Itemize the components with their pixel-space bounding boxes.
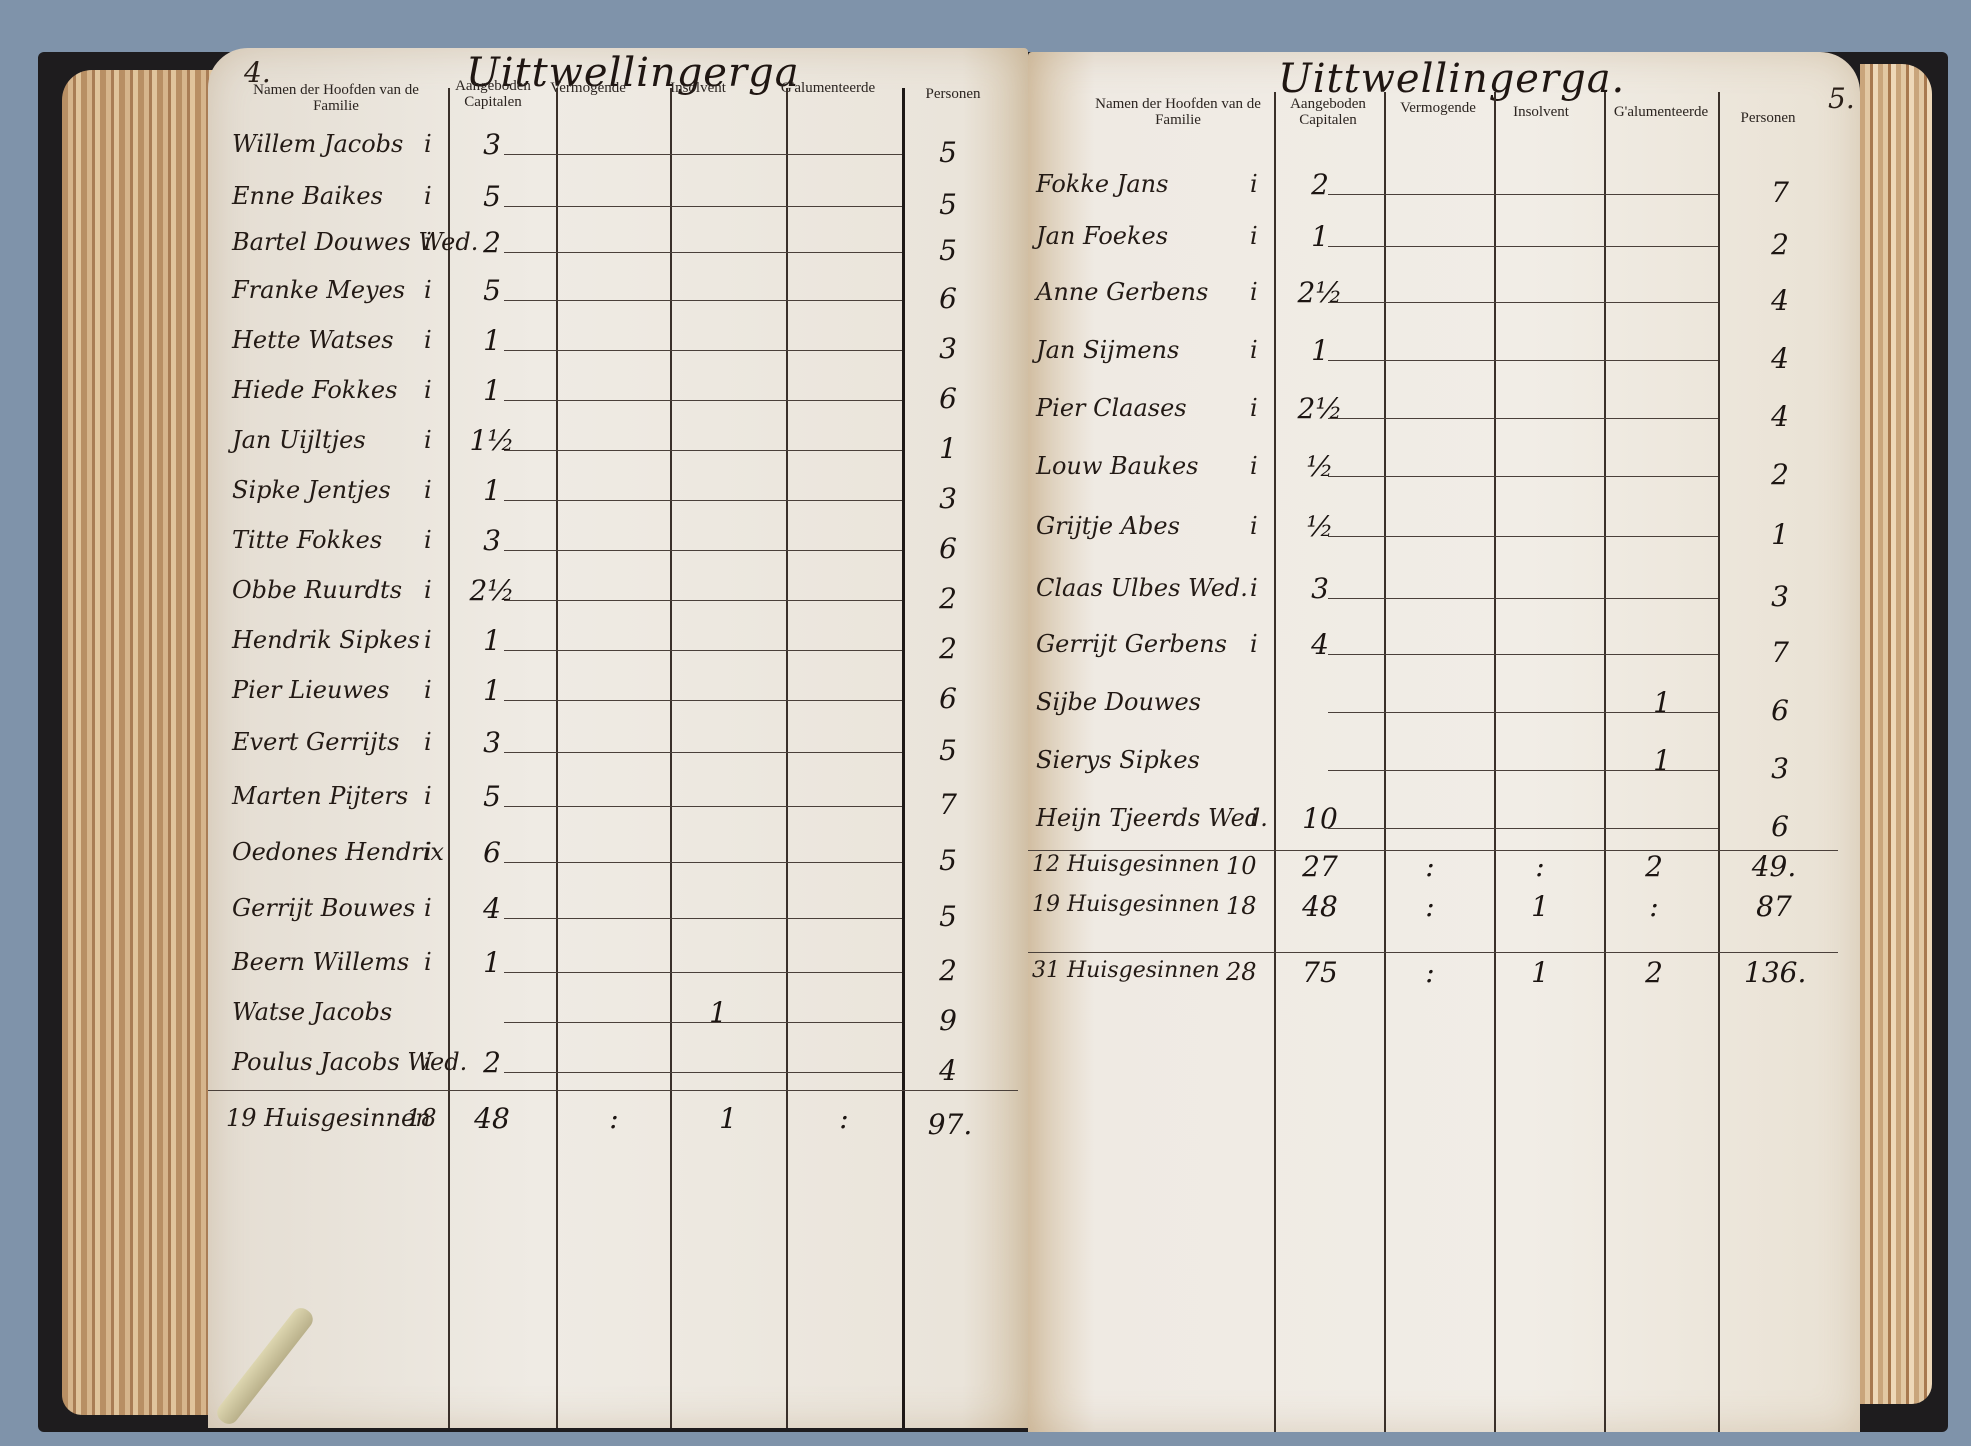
total-personen: 136.: [1744, 956, 1804, 989]
row-personen: 2: [1750, 228, 1810, 261]
row-name: Poulus Jacobs Wed.: [232, 1048, 467, 1076]
row-rule: [1328, 770, 1718, 771]
row-mark: i: [424, 728, 432, 756]
row-mark: i: [1250, 170, 1258, 198]
row-rule: [1328, 194, 1718, 195]
row-personen: 5: [918, 900, 978, 933]
row-rule: [504, 206, 902, 207]
row-rule: [504, 350, 902, 351]
row-rule: [504, 450, 902, 451]
row-mark: i: [424, 326, 432, 354]
row-personen: 2: [918, 582, 978, 615]
row-mark: i: [424, 894, 432, 922]
row-capital: 4: [1290, 628, 1350, 661]
page-number: 5.: [1828, 82, 1855, 115]
row-capital: 1: [462, 324, 522, 357]
header-capital: Aangeboden Capitalen: [448, 78, 538, 110]
total-gealimenteerde: 2: [1624, 850, 1684, 883]
row-personen: 5: [918, 234, 978, 267]
row-name: Franke Meyes: [232, 276, 405, 304]
row-personen: 6: [918, 282, 978, 315]
total-capital: 75: [1290, 956, 1350, 989]
total-insolvent: 1: [1510, 890, 1570, 923]
column-divider: [448, 88, 450, 1428]
row-personen: 1: [918, 432, 978, 465]
row-mark: i: [424, 948, 432, 976]
header-capital: Aangeboden Capitalen: [1280, 96, 1376, 128]
row-personen: 3: [918, 332, 978, 365]
row-personen: 6: [918, 682, 978, 715]
row-mark: i: [424, 476, 432, 504]
row-mark: i: [424, 426, 432, 454]
row-rule: [504, 252, 902, 253]
total-mark: 18: [1226, 892, 1257, 920]
row-gealimenteerde: 1: [1632, 686, 1692, 719]
row-name: Gerrijt Gerbens: [1036, 630, 1227, 658]
row-personen: 7: [1750, 636, 1810, 669]
row-name: Hendrik Sipkes: [232, 626, 420, 654]
header-gealimenteerde: G'alumenteerde: [1604, 104, 1718, 120]
row-rule: [1328, 476, 1718, 477]
row-rule: [504, 1072, 902, 1073]
right-page: 5. Uittwellingerga. Namen der Hoofden va…: [1028, 52, 1860, 1432]
row-rule: [504, 154, 902, 155]
row-name: Pier Claases: [1036, 394, 1187, 422]
row-rule: [504, 972, 902, 973]
total-name: 19 Huisgesinnen: [226, 1104, 431, 1132]
row-capital: 4: [462, 892, 522, 925]
row-rule: [1328, 598, 1718, 599]
total-personen: 49.: [1744, 850, 1804, 883]
row-capital: 5: [462, 180, 522, 213]
column-divider: [670, 88, 672, 1428]
row-capital: 1: [1290, 334, 1350, 367]
row-capital: 10: [1290, 802, 1350, 835]
row-name: Marten Pijters: [232, 782, 408, 810]
row-capital: 3: [462, 524, 522, 557]
row-personen: 6: [1750, 810, 1810, 843]
row-name: Sipke Jentjes: [232, 476, 391, 504]
row-capital: 6: [462, 836, 522, 869]
row-name: Hette Watses: [232, 326, 394, 354]
row-personen: 9: [918, 1004, 978, 1037]
row-mark: i: [1250, 574, 1258, 602]
row-mark: i: [1250, 512, 1258, 540]
row-personen: 3: [1750, 752, 1810, 785]
total-mark: 18: [406, 1104, 437, 1132]
row-capital: 2½: [1290, 392, 1350, 425]
row-mark: i: [424, 576, 432, 604]
header-personen: Personen: [1728, 110, 1808, 126]
total-rule: [1028, 952, 1838, 953]
row-mark: i: [424, 838, 432, 866]
row-personen: 6: [918, 382, 978, 415]
row-rule: [504, 1022, 902, 1023]
row-mark: i: [424, 676, 432, 704]
total-capital: 48: [462, 1102, 522, 1135]
row-name: Hiede Fokkes: [232, 376, 397, 404]
row-capital: 3: [462, 128, 522, 161]
row-name: Beern Willems: [232, 948, 409, 976]
row-name: Fokke Jans: [1036, 170, 1168, 198]
total-insolvent: 1: [698, 1102, 758, 1135]
column-divider: [1494, 92, 1496, 1432]
total-personen: 87: [1744, 890, 1804, 923]
column-divider: [1384, 92, 1386, 1432]
row-personen: 2: [918, 632, 978, 665]
row-rule: [1328, 418, 1718, 419]
row-mark: i: [1250, 394, 1258, 422]
row-capital: 2½: [1290, 276, 1350, 309]
row-capital: 2: [1290, 168, 1350, 201]
row-name: Sijbe Douwes: [1036, 688, 1201, 716]
row-mark: i: [1250, 278, 1258, 306]
row-mark: i: [424, 182, 432, 210]
total-gealimenteerde: :: [814, 1102, 874, 1135]
total-capital: 48: [1290, 890, 1350, 923]
row-name: Gerrijt Bouwes: [232, 894, 415, 922]
row-name: Bartel Douwes Wed.: [232, 228, 478, 256]
row-mark: i: [1250, 630, 1258, 658]
total-name: 12 Huisgesinnen: [1032, 852, 1220, 877]
row-personen: 3: [1750, 580, 1810, 613]
row-rule: [1328, 828, 1718, 829]
column-divider: [786, 88, 788, 1428]
row-capital: 2: [462, 1046, 522, 1079]
row-name: Heijn Tjeerds Wed.: [1036, 804, 1268, 832]
row-rule: [1328, 712, 1718, 713]
row-rule: [1328, 302, 1718, 303]
total-insolvent: :: [1510, 850, 1570, 883]
total-insolvent: 1: [1510, 956, 1570, 989]
row-rule: [504, 862, 902, 863]
row-name: Sierys Sipkes: [1036, 746, 1200, 774]
row-name: Watse Jacobs: [232, 998, 392, 1026]
row-name: Obbe Ruurdts: [232, 576, 402, 604]
row-mark: i: [424, 626, 432, 654]
left-page: 4. Uittwellingerga Namen der Hoofden van…: [208, 48, 1028, 1428]
row-capital: 1: [1290, 220, 1350, 253]
row-personen: 4: [1750, 342, 1810, 375]
row-insolvent: 1: [688, 996, 748, 1029]
row-name: Jan Foekes: [1036, 222, 1168, 250]
row-capital: ½: [1290, 450, 1350, 483]
total-name: 31 Huisgesinnen: [1032, 958, 1220, 983]
row-capital: 2½: [462, 574, 522, 607]
total-mark: 10: [1226, 852, 1257, 880]
row-rule: [504, 400, 902, 401]
column-divider: [1718, 92, 1720, 1432]
row-mark: i: [424, 276, 432, 304]
row-name: Pier Lieuwes: [232, 676, 389, 704]
row-rule: [504, 806, 902, 807]
row-mark: i: [1250, 222, 1258, 250]
row-name: Oedones Hendrix: [232, 838, 444, 866]
row-name: Titte Fokkes: [232, 526, 382, 554]
row-mark: i: [1250, 452, 1258, 480]
row-personen: 6: [918, 532, 978, 565]
row-capital: 1½: [462, 424, 522, 457]
row-name: Willem Jacobs: [232, 130, 403, 158]
row-rule: [504, 700, 902, 701]
row-personen: 4: [918, 1054, 978, 1087]
row-name: Jan Sijmens: [1036, 336, 1179, 364]
total-vermogende: :: [1400, 850, 1460, 883]
row-mark: i: [424, 130, 432, 158]
row-personen: 5: [918, 136, 978, 169]
total-capital: 27: [1290, 850, 1350, 883]
row-personen: 7: [918, 788, 978, 821]
header-vermogende: Vermogende: [538, 80, 638, 96]
header-names: Namen der Hoofden van de Familie: [1078, 96, 1278, 128]
row-rule: [1328, 360, 1718, 361]
row-rule: [504, 650, 902, 651]
column-divider: [902, 88, 905, 1428]
row-capital: 3: [1290, 572, 1350, 605]
row-mark: i: [424, 376, 432, 404]
row-rule: [504, 918, 902, 919]
row-name: Grijtje Abes: [1036, 512, 1180, 540]
row-name: Evert Gerrijts: [232, 728, 399, 756]
row-personen: 6: [1750, 694, 1810, 727]
row-capital: 1: [462, 946, 522, 979]
row-mark: i: [1250, 804, 1258, 832]
row-mark: i: [424, 228, 432, 256]
row-mark: i: [424, 782, 432, 810]
total-rule: [208, 1090, 1018, 1091]
row-capital: 1: [462, 474, 522, 507]
row-capital: 1: [462, 624, 522, 657]
row-personen: 1: [1750, 518, 1810, 551]
row-personen: 5: [918, 734, 978, 767]
row-rule: [1328, 246, 1718, 247]
row-personen: 2: [1750, 458, 1810, 491]
total-vermogende: :: [1400, 956, 1460, 989]
header-insolvent: Insolvent: [1496, 104, 1586, 120]
total-name: 19 Huisgesinnen: [1032, 892, 1220, 917]
total-vermogende: :: [1400, 890, 1460, 923]
header-vermogende: Vermogende: [1388, 100, 1488, 116]
row-personen: 4: [1750, 400, 1810, 433]
total-gealimenteerde: :: [1624, 890, 1684, 923]
row-personen: 5: [918, 844, 978, 877]
row-capital: 1: [462, 374, 522, 407]
row-personen: 3: [918, 482, 978, 515]
total-personen: 97.: [920, 1108, 980, 1141]
row-personen: 4: [1750, 284, 1810, 317]
row-name: Claas Ulbes Wed.: [1036, 574, 1248, 602]
column-divider: [1274, 92, 1276, 1432]
total-mark: 28: [1226, 958, 1257, 986]
row-rule: [504, 500, 902, 501]
row-capital: 5: [462, 274, 522, 307]
header-names: Namen der Hoofden van de Familie: [236, 82, 436, 114]
row-rule: [1328, 536, 1718, 537]
row-personen: 2: [918, 954, 978, 987]
row-name: Jan Uijltjes: [232, 426, 366, 454]
total-gealimenteerde: 2: [1624, 956, 1684, 989]
row-mark: i: [1250, 336, 1258, 364]
row-mark: i: [424, 526, 432, 554]
row-gealimenteerde: 1: [1632, 744, 1692, 777]
column-divider: [1604, 92, 1606, 1432]
row-name: Enne Baikes: [232, 182, 383, 210]
row-capital: 3: [462, 726, 522, 759]
page-edges-right: [1860, 64, 1932, 1404]
row-rule: [1328, 654, 1718, 655]
row-personen: 7: [1750, 176, 1810, 209]
row-personen: 5: [918, 188, 978, 221]
column-divider: [556, 88, 558, 1428]
total-vermogende: :: [584, 1102, 644, 1135]
row-capital: ½: [1290, 510, 1350, 543]
row-capital: 2: [462, 226, 522, 259]
row-rule: [504, 300, 902, 301]
row-capital: 1: [462, 674, 522, 707]
row-capital: 5: [462, 780, 522, 813]
row-name: Louw Baukes: [1036, 452, 1198, 480]
row-mark: i: [424, 1048, 432, 1076]
header-personen: Personen: [913, 86, 993, 102]
row-name: Anne Gerbens: [1036, 278, 1208, 306]
page-edges-left: [62, 70, 217, 1415]
row-rule: [504, 550, 902, 551]
row-rule: [504, 600, 902, 601]
row-rule: [504, 752, 902, 753]
